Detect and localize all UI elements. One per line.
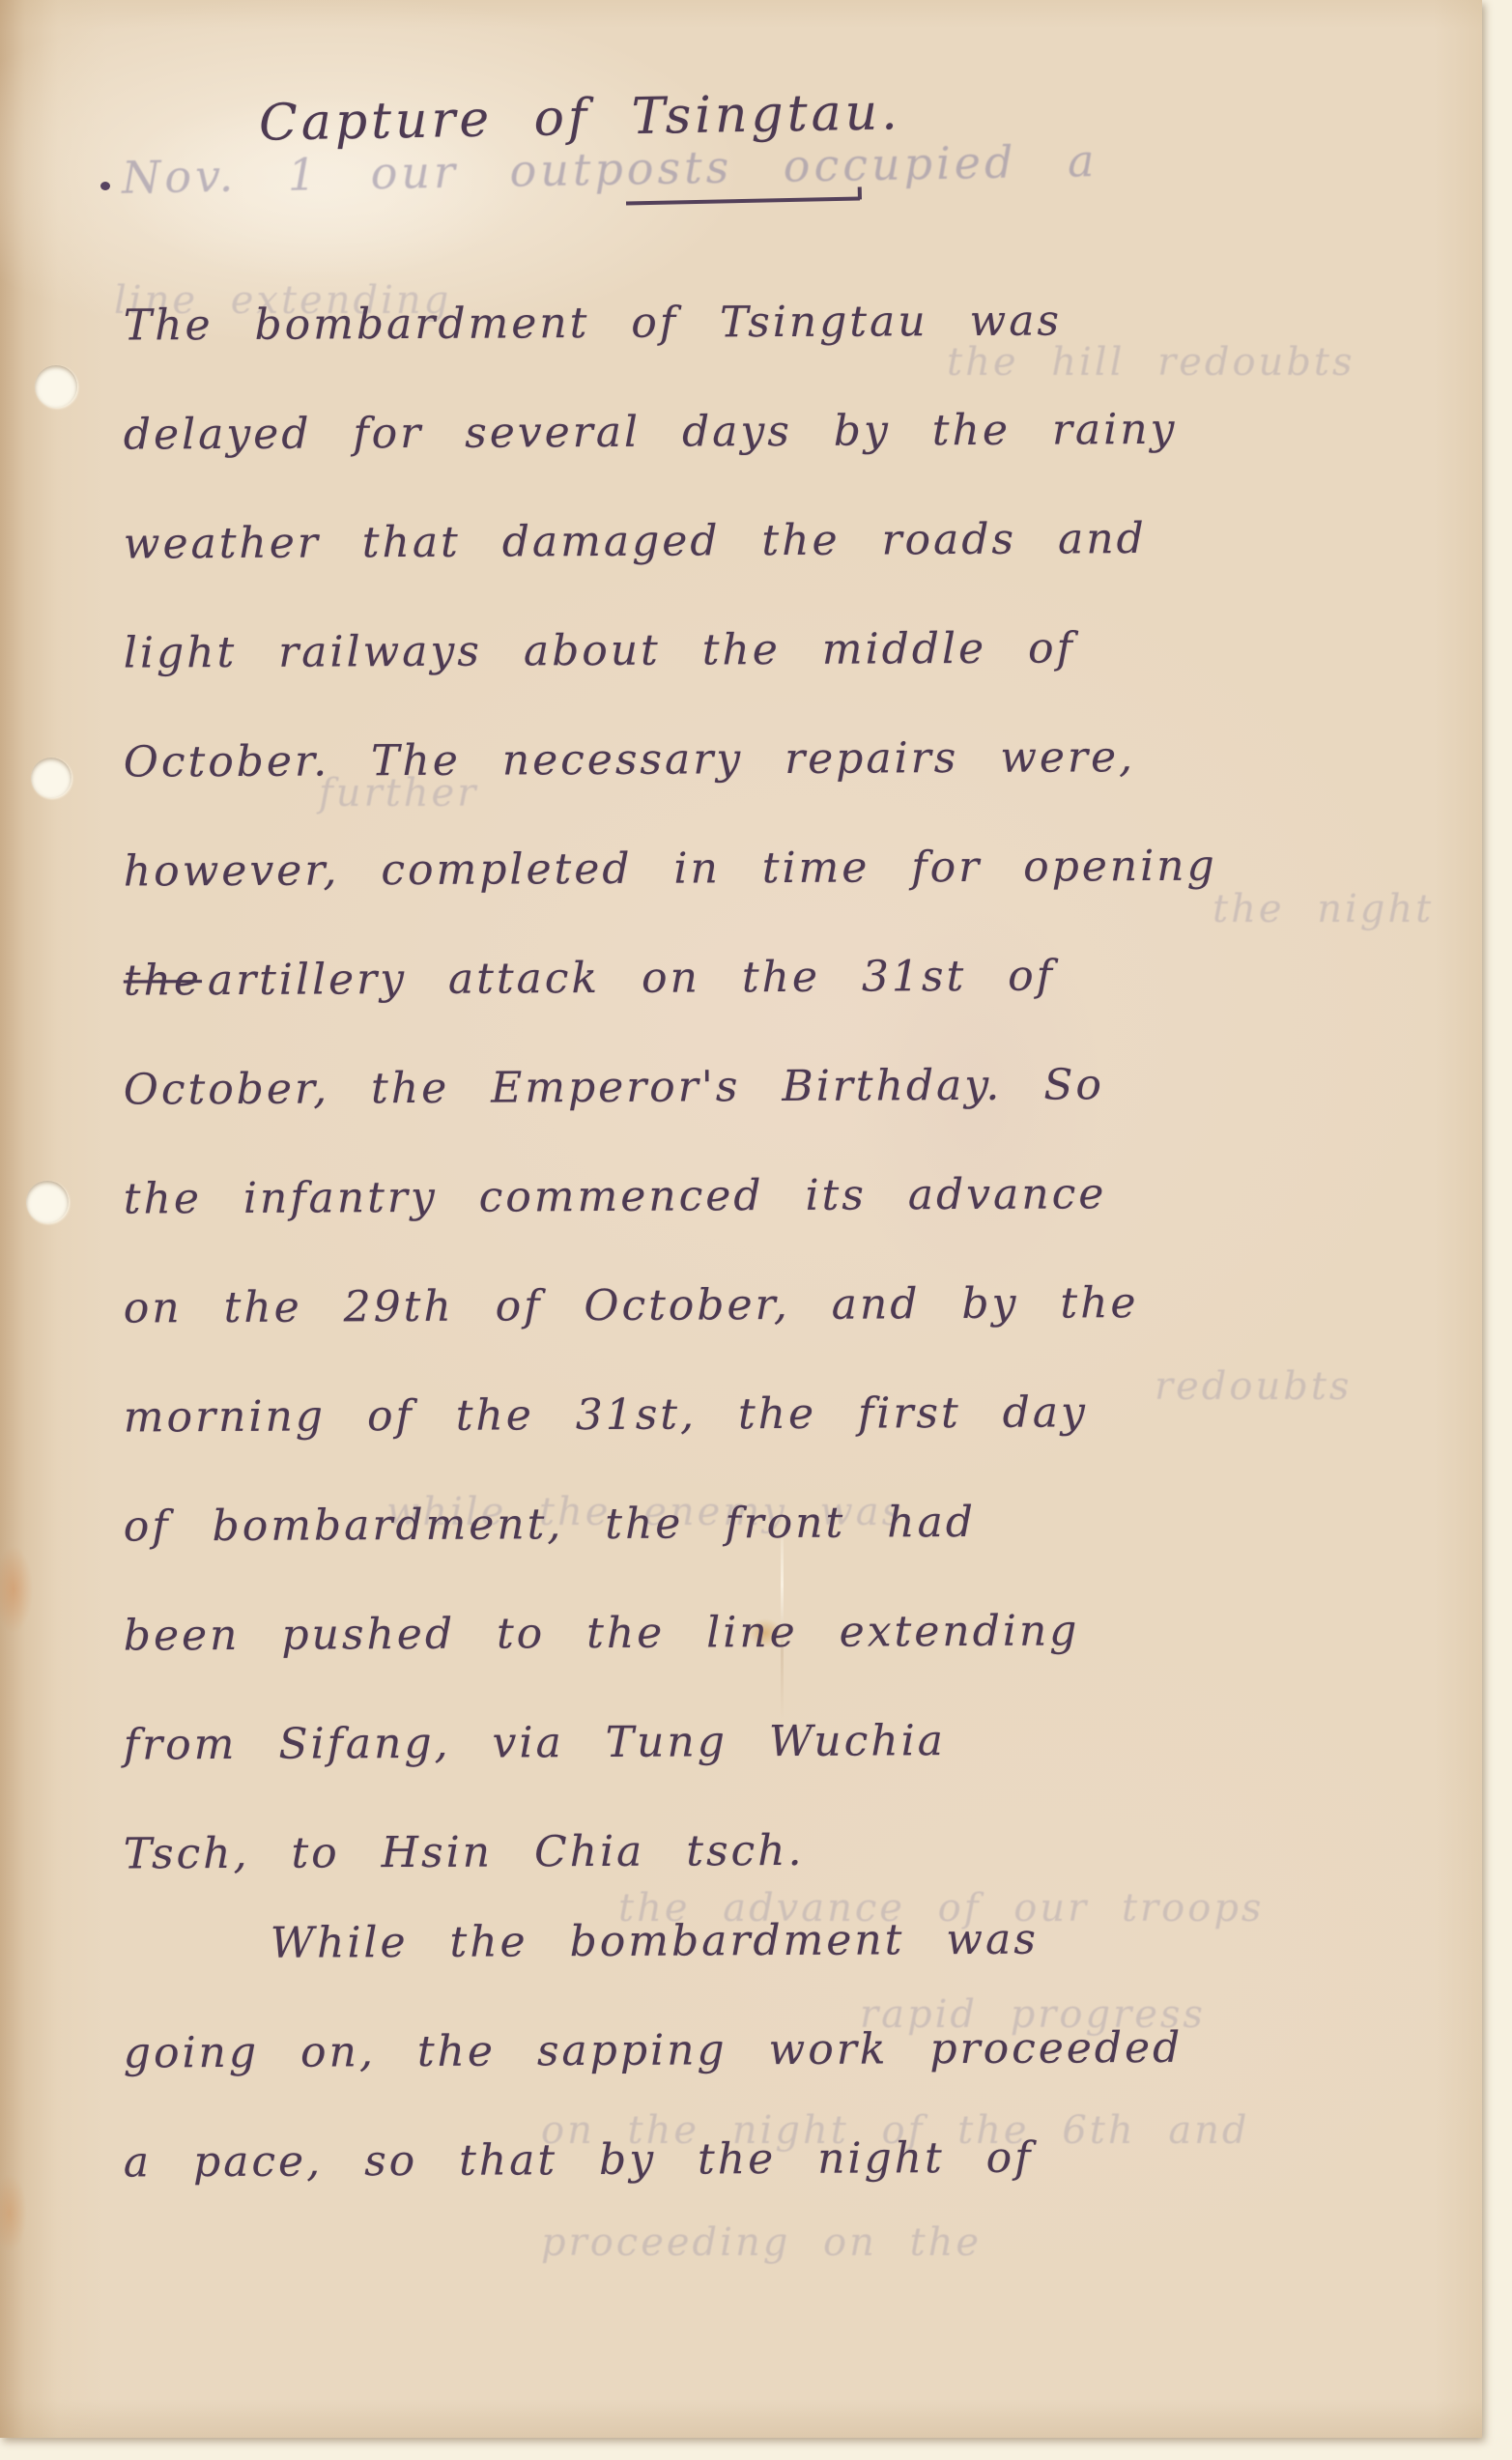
page-title: Capture of Tsingtau. <box>259 83 902 153</box>
manuscript-line: been pushed to the line extending <box>124 1604 1439 1720</box>
line-text: the infantry commenced its advance <box>124 1169 1107 1223</box>
edge-stain <box>0 2174 27 2251</box>
manuscript-line: however, completed in time for opening <box>124 840 1439 956</box>
manuscript-line: light railways about the middle of <box>124 621 1439 737</box>
line-text: weather that damaged the roads and <box>124 514 1147 569</box>
punch-hole <box>31 758 71 798</box>
line-text: been pushed to the line extending <box>124 1606 1080 1660</box>
title-underline <box>626 196 860 205</box>
punch-hole <box>35 365 77 408</box>
line-text: from Sifang, via Tung Wuchia <box>124 1716 946 1769</box>
manuscript-line: going on, the sapping work proceeded <box>124 2021 1439 2137</box>
punch-hole <box>26 1181 69 1223</box>
manuscript-line: October, the Emperor's Birthday. So <box>124 1058 1439 1174</box>
line-text: delayed for several days by the rainy <box>124 405 1178 460</box>
line-text: The bombardment of Tsingtau was <box>124 296 1062 350</box>
line-text: however, completed in time for opening <box>124 842 1217 897</box>
line-text: October, the Emperor's Birthday. So <box>124 1060 1104 1114</box>
manuscript-line: theartillery attack on the 31st of <box>124 949 1439 1065</box>
edge-stain <box>0 1546 33 1633</box>
manuscript-line: the infantry commenced its advance <box>124 1167 1439 1283</box>
manuscript-line: delayed for several days by the rainy <box>124 403 1439 519</box>
photo-backing: line extendingthe hill redoubtsfurtherth… <box>0 0 1512 2460</box>
line-text: of bombardment, the front had <box>124 1498 976 1552</box>
line-text: going on, the sapping work proceeded <box>124 2023 1184 2078</box>
manuscript-line: of bombardment, the front had <box>124 1495 1439 1611</box>
manuscript-line: October. The necessary repairs were, <box>124 730 1439 846</box>
manuscript-line: The bombardment of Tsingtau was <box>124 294 1439 410</box>
manuscript-line: from Sifang, via Tung Wuchia <box>124 1713 1439 1829</box>
struck-word: the <box>124 956 202 1005</box>
line-text: on the 29th of October, and by the <box>124 1278 1139 1333</box>
manuscript-body: The bombardment of Tsingtau wasdelayed f… <box>124 298 1438 2244</box>
line-text: morning of the 31st, the first day <box>124 1387 1088 1442</box>
line-text: artillery attack on the 31st of <box>208 952 1055 1006</box>
manuscript-line: While the bombardment was <box>124 1912 1439 2028</box>
manuscript-page: line extendingthe hill redoubtsfurtherth… <box>0 0 1482 2438</box>
manuscript-line: a pace, so that by the night of <box>124 2131 1439 2246</box>
line-text: While the bombardment was <box>271 1915 1039 1968</box>
manuscript-line: on the 29th of October, and by the <box>124 1276 1439 1392</box>
manuscript-line: weather that damaged the roads and <box>124 512 1439 628</box>
line-text: Tsch, to Hsin Chia tsch. <box>124 1826 805 1879</box>
line-text: a pace, so that by the night of <box>124 2133 1034 2188</box>
line-text: light railways about the middle of <box>124 623 1075 677</box>
ink-dot <box>100 182 110 190</box>
manuscript-line: morning of the 31st, the first day <box>124 1386 1439 1502</box>
line-text: October. The necessary repairs were, <box>124 732 1135 787</box>
